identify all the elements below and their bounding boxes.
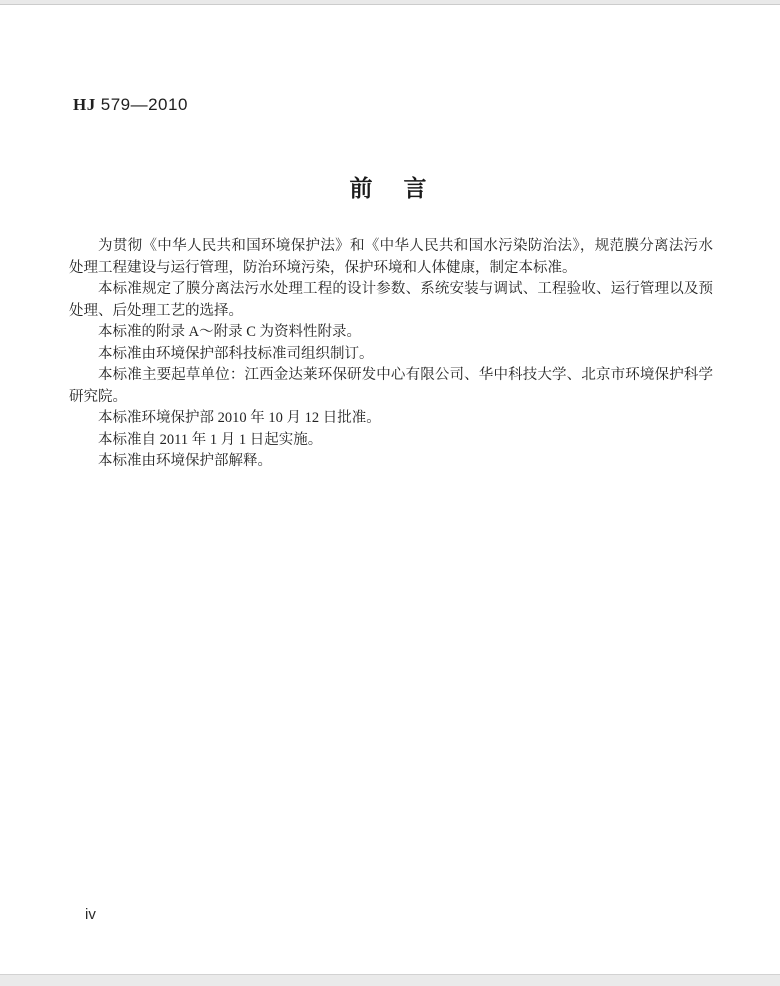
scan-edge-bottom	[0, 974, 780, 986]
scan-edge-top	[0, 0, 780, 5]
foreword-title: 前 言	[0, 170, 780, 203]
foreword-paragraph: 本标准由环境保护部科技标准司组织制订。	[69, 344, 713, 366]
foreword-paragraph: 本标准的附录 A～附录 C 为资料性附录。	[69, 322, 713, 344]
document-page: HJ579—2010 前 言 为贯彻《中华人民共和国环境保护法》和《中华人民共和…	[0, 0, 780, 986]
standard-code-number: 579—2010	[101, 95, 188, 114]
standard-code-header: HJ579—2010	[73, 95, 188, 115]
standard-code-prefix: HJ	[73, 95, 96, 114]
foreword-paragraph: 本标准自 2011 年 1 月 1 日起实施。	[69, 430, 713, 452]
foreword-paragraph: 本标准主要起草单位：江西金达莱环保研发中心有限公司、华中科技大学、北京市环境保护…	[69, 365, 713, 408]
foreword-paragraph: 本标准规定了膜分离法污水处理工程的设计参数、系统安装与调试、工程验收、运行管理以…	[69, 279, 713, 322]
foreword-paragraph: 为贯彻《中华人民共和国环境保护法》和《中华人民共和国水污染防治法》，规范膜分离法…	[69, 236, 713, 279]
foreword-paragraph: 本标准环境保护部 2010 年 10 月 12 日批准。	[69, 408, 713, 430]
page-number: iv	[85, 906, 96, 923]
foreword-body: 为贯彻《中华人民共和国环境保护法》和《中华人民共和国水污染防治法》，规范膜分离法…	[69, 236, 713, 473]
foreword-paragraph: 本标准由环境保护部解释。	[69, 451, 713, 473]
